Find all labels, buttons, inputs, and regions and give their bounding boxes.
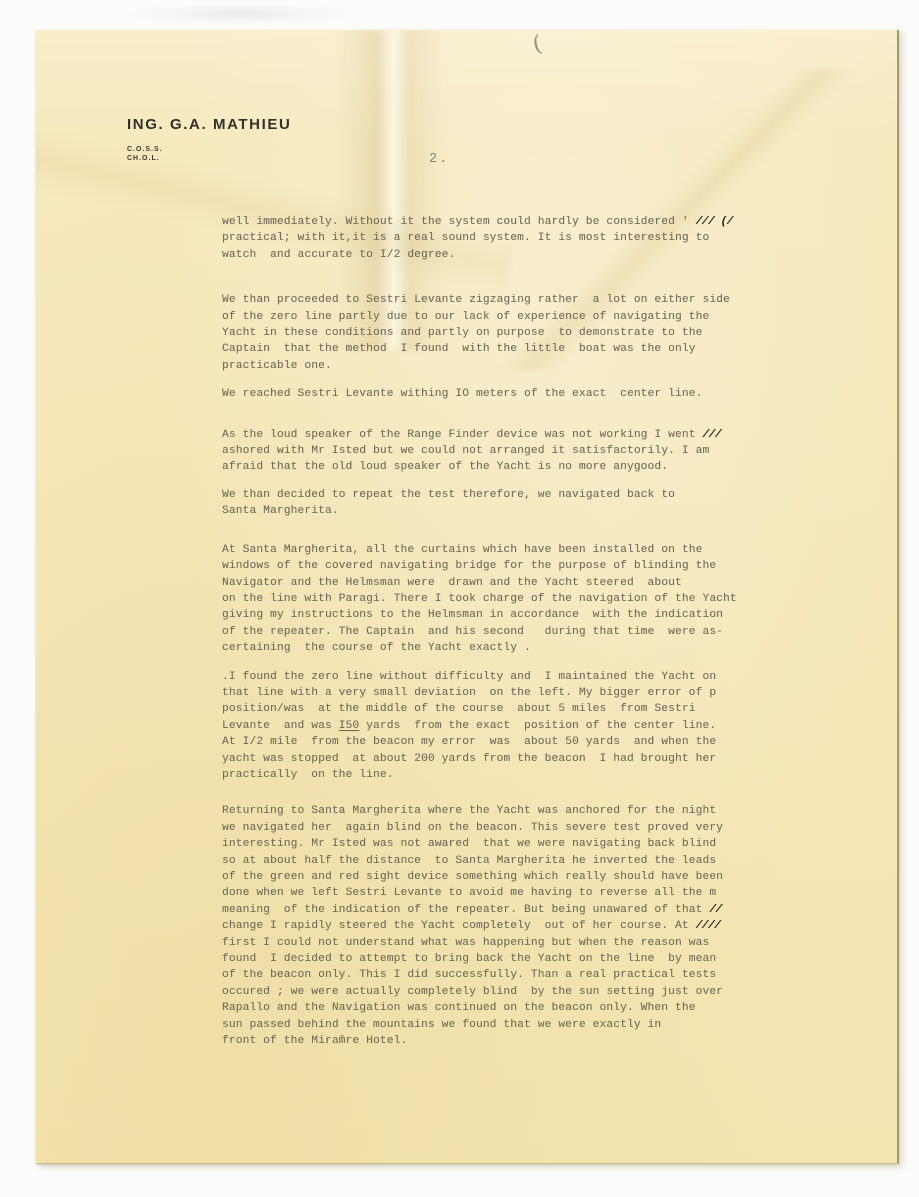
text-line: we navigated her again blind on the beac… (222, 820, 899, 836)
text-line: At I/2 mile from the beacon my error was… (222, 734, 899, 750)
line-text: change I rapidly steered the Yacht compl… (222, 920, 696, 932)
text-line: ashored with Mr Isted but we could not a… (222, 443, 899, 459)
text-line: Navigator and the Helmsman were drawn an… (222, 575, 899, 591)
strikeout-mark: //// (696, 920, 721, 932)
text-line: found I decided to attempt to bring back… (222, 951, 899, 967)
text-line: practically on the line. (222, 767, 899, 783)
line-text: meaning of the indication of the repeate… (222, 904, 709, 916)
paragraph: As the loud speaker of the Range Finder … (222, 427, 899, 476)
text-line: meaning of the indication of the repeate… (222, 902, 899, 918)
line-text: As the loud speaker of the Range Finder … (222, 429, 702, 441)
strikeout-mark: /// (/ (696, 216, 733, 228)
text-line: windows of the covered navigating bridge… (222, 558, 899, 574)
strikeout-mark: // (709, 904, 721, 916)
text-line: done when we left Sestri Levante to avoi… (222, 885, 899, 901)
text-line: .I found the zero line without difficult… (222, 669, 899, 685)
text-line: giving my instructions to the Helmsman i… (222, 607, 899, 623)
text-line: As the loud speaker of the Range Finder … (222, 427, 899, 443)
text-line: watch and accurate to I/2 degree. (222, 247, 899, 263)
text-line: certaining the course of the Yacht exact… (222, 640, 899, 656)
paragraph: We than proceeded to Sestri Levante zigz… (222, 292, 899, 374)
text-line: of the repeater. The Captain and his sec… (222, 624, 899, 640)
text-line: Rapallo and the Navigation was continued… (222, 1000, 899, 1016)
underlined-text: I50 (339, 720, 360, 732)
text-line: so at about half the distance to Santa M… (222, 853, 899, 869)
text-line: interesting. Mr Isted was not awared tha… (222, 836, 899, 852)
letterhead: ING. G.A. MATHIEU C.O.S.S. CH.O.L. (127, 116, 291, 162)
text-line: At Santa Margherita, all the curtains wh… (222, 542, 899, 558)
text-line: on the line with Paragi. There I took ch… (222, 591, 899, 607)
text-line: afraid that the old loud speaker of the … (222, 459, 899, 475)
paragraph: .I found the zero line without difficult… (222, 669, 899, 784)
text-line: of the green and red sight device someth… (222, 869, 899, 885)
text-line: first I could not understand what was ha… (222, 935, 899, 951)
pen-mark: ( (530, 31, 544, 57)
paragraph: We than decided to repeat the test there… (222, 487, 899, 520)
strikeout-mark: /// (702, 429, 721, 441)
text-line: of the beacon only. This I did successfu… (222, 967, 899, 983)
text-line: We than decided to repeat the test there… (222, 487, 899, 503)
text-line: Yacht in these conditions and partly on … (222, 325, 899, 341)
text-line: front of the Miram̂re Hotel. (222, 1033, 899, 1049)
letter-page: ( ING. G.A. MATHIEU C.O.S.S. CH.O.L. 2. … (36, 30, 899, 1164)
letterhead-name: ING. G.A. MATHIEU (127, 116, 291, 133)
text-line: position/was at the middle of the course… (222, 701, 899, 717)
paragraph: well immediately. Without it the system … (222, 214, 899, 263)
text-line: occured ; we were actually completely bl… (222, 984, 899, 1000)
letterhead-org-lines: C.O.S.S. CH.O.L. (127, 146, 291, 162)
line-text: well immediately. Without it the system … (222, 216, 696, 228)
text-line: practical; with it,it is a real sound sy… (222, 230, 899, 246)
text-line: that line with a very small deviation on… (222, 685, 899, 701)
text-line: of the zero line partly due to our lack … (222, 309, 899, 325)
letterhead-org-line1: C.O.S.S. (127, 146, 291, 153)
text-line: change I rapidly steered the Yacht compl… (222, 918, 899, 934)
paragraph: Returning to Santa Margherita where the … (222, 803, 899, 1049)
letter-body: well immediately. Without it the system … (222, 214, 899, 1065)
text-line: We reached Sestri Levante withing IO met… (222, 386, 899, 402)
line-text: Levante and was (222, 720, 339, 732)
text-line: yacht was stopped at about 200 yards fro… (222, 751, 899, 767)
page-number: 2. (429, 152, 449, 167)
line-text: yards from the exact position of the cen… (359, 720, 716, 732)
text-line: Levante and was I50 yards from the exact… (222, 718, 899, 734)
scanner-smudge (120, 4, 360, 24)
text-line: Captain that the method I found with the… (222, 341, 899, 357)
text-line: practicable one. (222, 358, 899, 374)
text-line: Returning to Santa Margherita where the … (222, 803, 899, 819)
text-line: well immediately. Without it the system … (222, 214, 899, 230)
text-line: sun passed behind the mountains we found… (222, 1017, 899, 1033)
text-line: We than proceeded to Sestri Levante zigz… (222, 292, 899, 308)
paragraph: We reached Sestri Levante withing IO met… (222, 386, 899, 402)
letterhead-org-line2: CH.O.L. (127, 155, 291, 162)
paragraph: At Santa Margherita, all the curtains wh… (222, 542, 899, 657)
text-line: Santa Margherita. (222, 503, 899, 519)
